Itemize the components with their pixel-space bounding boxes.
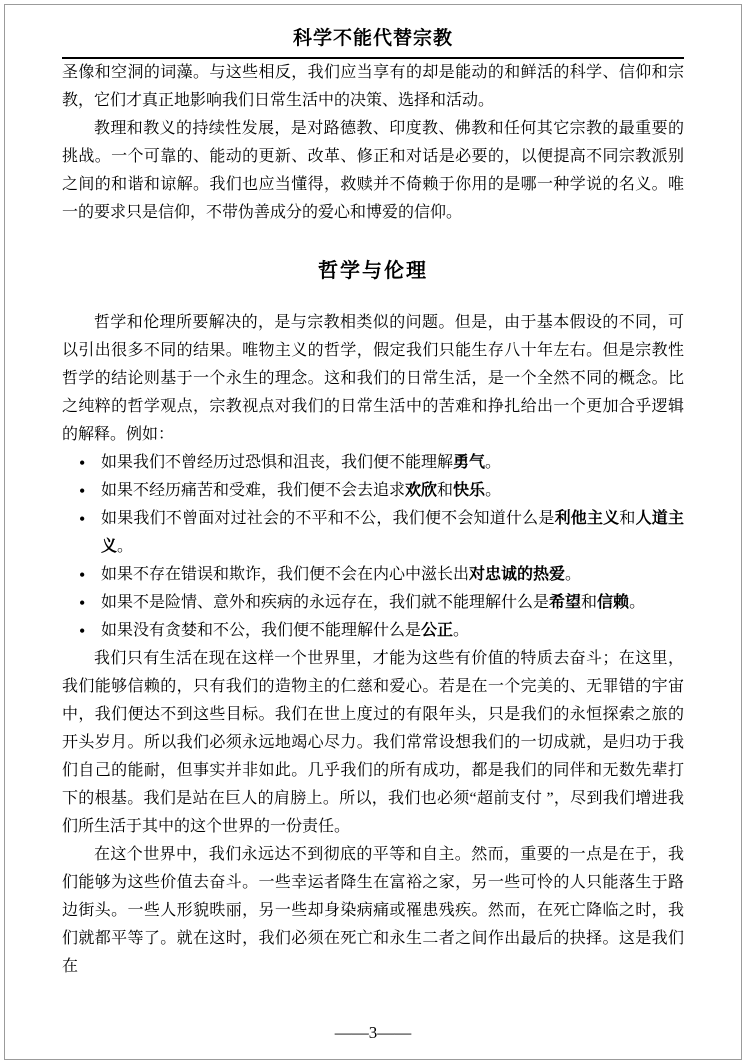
list-item: 如果不是险情、意外和疾病的永远存在，我们就不能理解什么是希望和信赖。 [79, 589, 684, 617]
paragraph-5: 在这个世界中，我们永远达不到彻底的平等和自主。然而，重要的一点是在于，我们能够为… [62, 841, 684, 981]
run-text: 和 [581, 594, 597, 611]
list-item: 如果我们不曾经历过恐惧和沮丧，我们便不能理解勇气。 [79, 449, 684, 477]
run-text: 和 [437, 482, 453, 499]
list-item: 如果没有贪婪和不公，我们便不能理解什么是公正。 [79, 617, 684, 645]
document-body: 圣像和空洞的词藻。与这些相反，我们应当享有的却是能动的和鲜活的科学、信仰和宗教，… [62, 59, 684, 981]
run-text: 如果不经历痛苦和受难，我们便不会去追求 [101, 482, 405, 499]
document-page: 科学不能代替宗教 圣像和空洞的词藻。与这些相反，我们应当享有的却是能动的和鲜活的… [4, 4, 742, 1060]
section-heading: 哲学与伦理 [62, 257, 684, 285]
page-header-title: 科学不能代替宗教 [62, 23, 684, 59]
run-text: 如果不存在错误和欺诈，我们便不会在内心中滋长出 [101, 566, 469, 583]
paragraph-1: 圣像和空洞的词藻。与这些相反，我们应当享有的却是能动的和鲜活的科学、信仰和宗教，… [62, 59, 684, 115]
bold-term: 勇气 [453, 454, 485, 471]
run-text: 如果没有贪婪和不公，我们便不能理解什么是 [101, 622, 421, 639]
run-text: 和 [619, 510, 635, 527]
bold-term: 信赖 [597, 594, 629, 611]
run-text: 。 [485, 482, 501, 499]
run-text: 。 [485, 454, 501, 471]
paragraph-4: 我们只有生活在现在这样一个世界里，才能为这些有价值的特质去奋斗；在这里，我们能够… [62, 645, 684, 841]
paragraph-3: 哲学和伦理所要解决的，是与宗教相类似的问题。但是，由于基本假设的不同，可以引出很… [62, 309, 684, 449]
run-text: 。 [565, 566, 581, 583]
paragraph-2: 教理和教义的持续性发展，是对路德教、印度教、佛教和任何其它宗教的最重要的挑战。一… [62, 115, 684, 227]
list-item: 如果我们不曾面对过社会的不平和不公，我们便不会知道什么是利他主义和人道主义。 [79, 505, 684, 561]
page-number: ——3—— [5, 1023, 741, 1043]
bold-term: 利他主义 [555, 510, 620, 527]
bullet-list: 如果我们不曾经历过恐惧和沮丧，我们便不能理解勇气。如果不经历痛苦和受难，我们便不… [62, 449, 684, 645]
bold-term: 公正 [421, 622, 453, 639]
bold-term: 对忠诚的热爱 [469, 566, 565, 583]
run-text: 。 [453, 622, 469, 639]
run-text: 如果不是险情、意外和疾病的永远存在，我们就不能理解什么是 [101, 594, 549, 611]
document-canvas: 科学不能代替宗教 圣像和空洞的词藻。与这些相反，我们应当享有的却是能动的和鲜活的… [0, 0, 746, 1064]
run-text: 如果我们不曾面对过社会的不平和不公，我们便不会知道什么是 [101, 510, 555, 527]
run-text: 如果我们不曾经历过恐惧和沮丧，我们便不能理解 [101, 454, 453, 471]
bold-term: 欢欣 [405, 482, 437, 499]
list-item: 如果不存在错误和欺诈，我们便不会在内心中滋长出对忠诚的热爱。 [79, 561, 684, 589]
run-text: 。 [629, 594, 645, 611]
list-item: 如果不经历痛苦和受难，我们便不会去追求欢欣和快乐。 [79, 477, 684, 505]
bold-term: 希望 [549, 594, 581, 611]
bold-term: 快乐 [453, 482, 485, 499]
run-text: 。 [117, 538, 133, 555]
